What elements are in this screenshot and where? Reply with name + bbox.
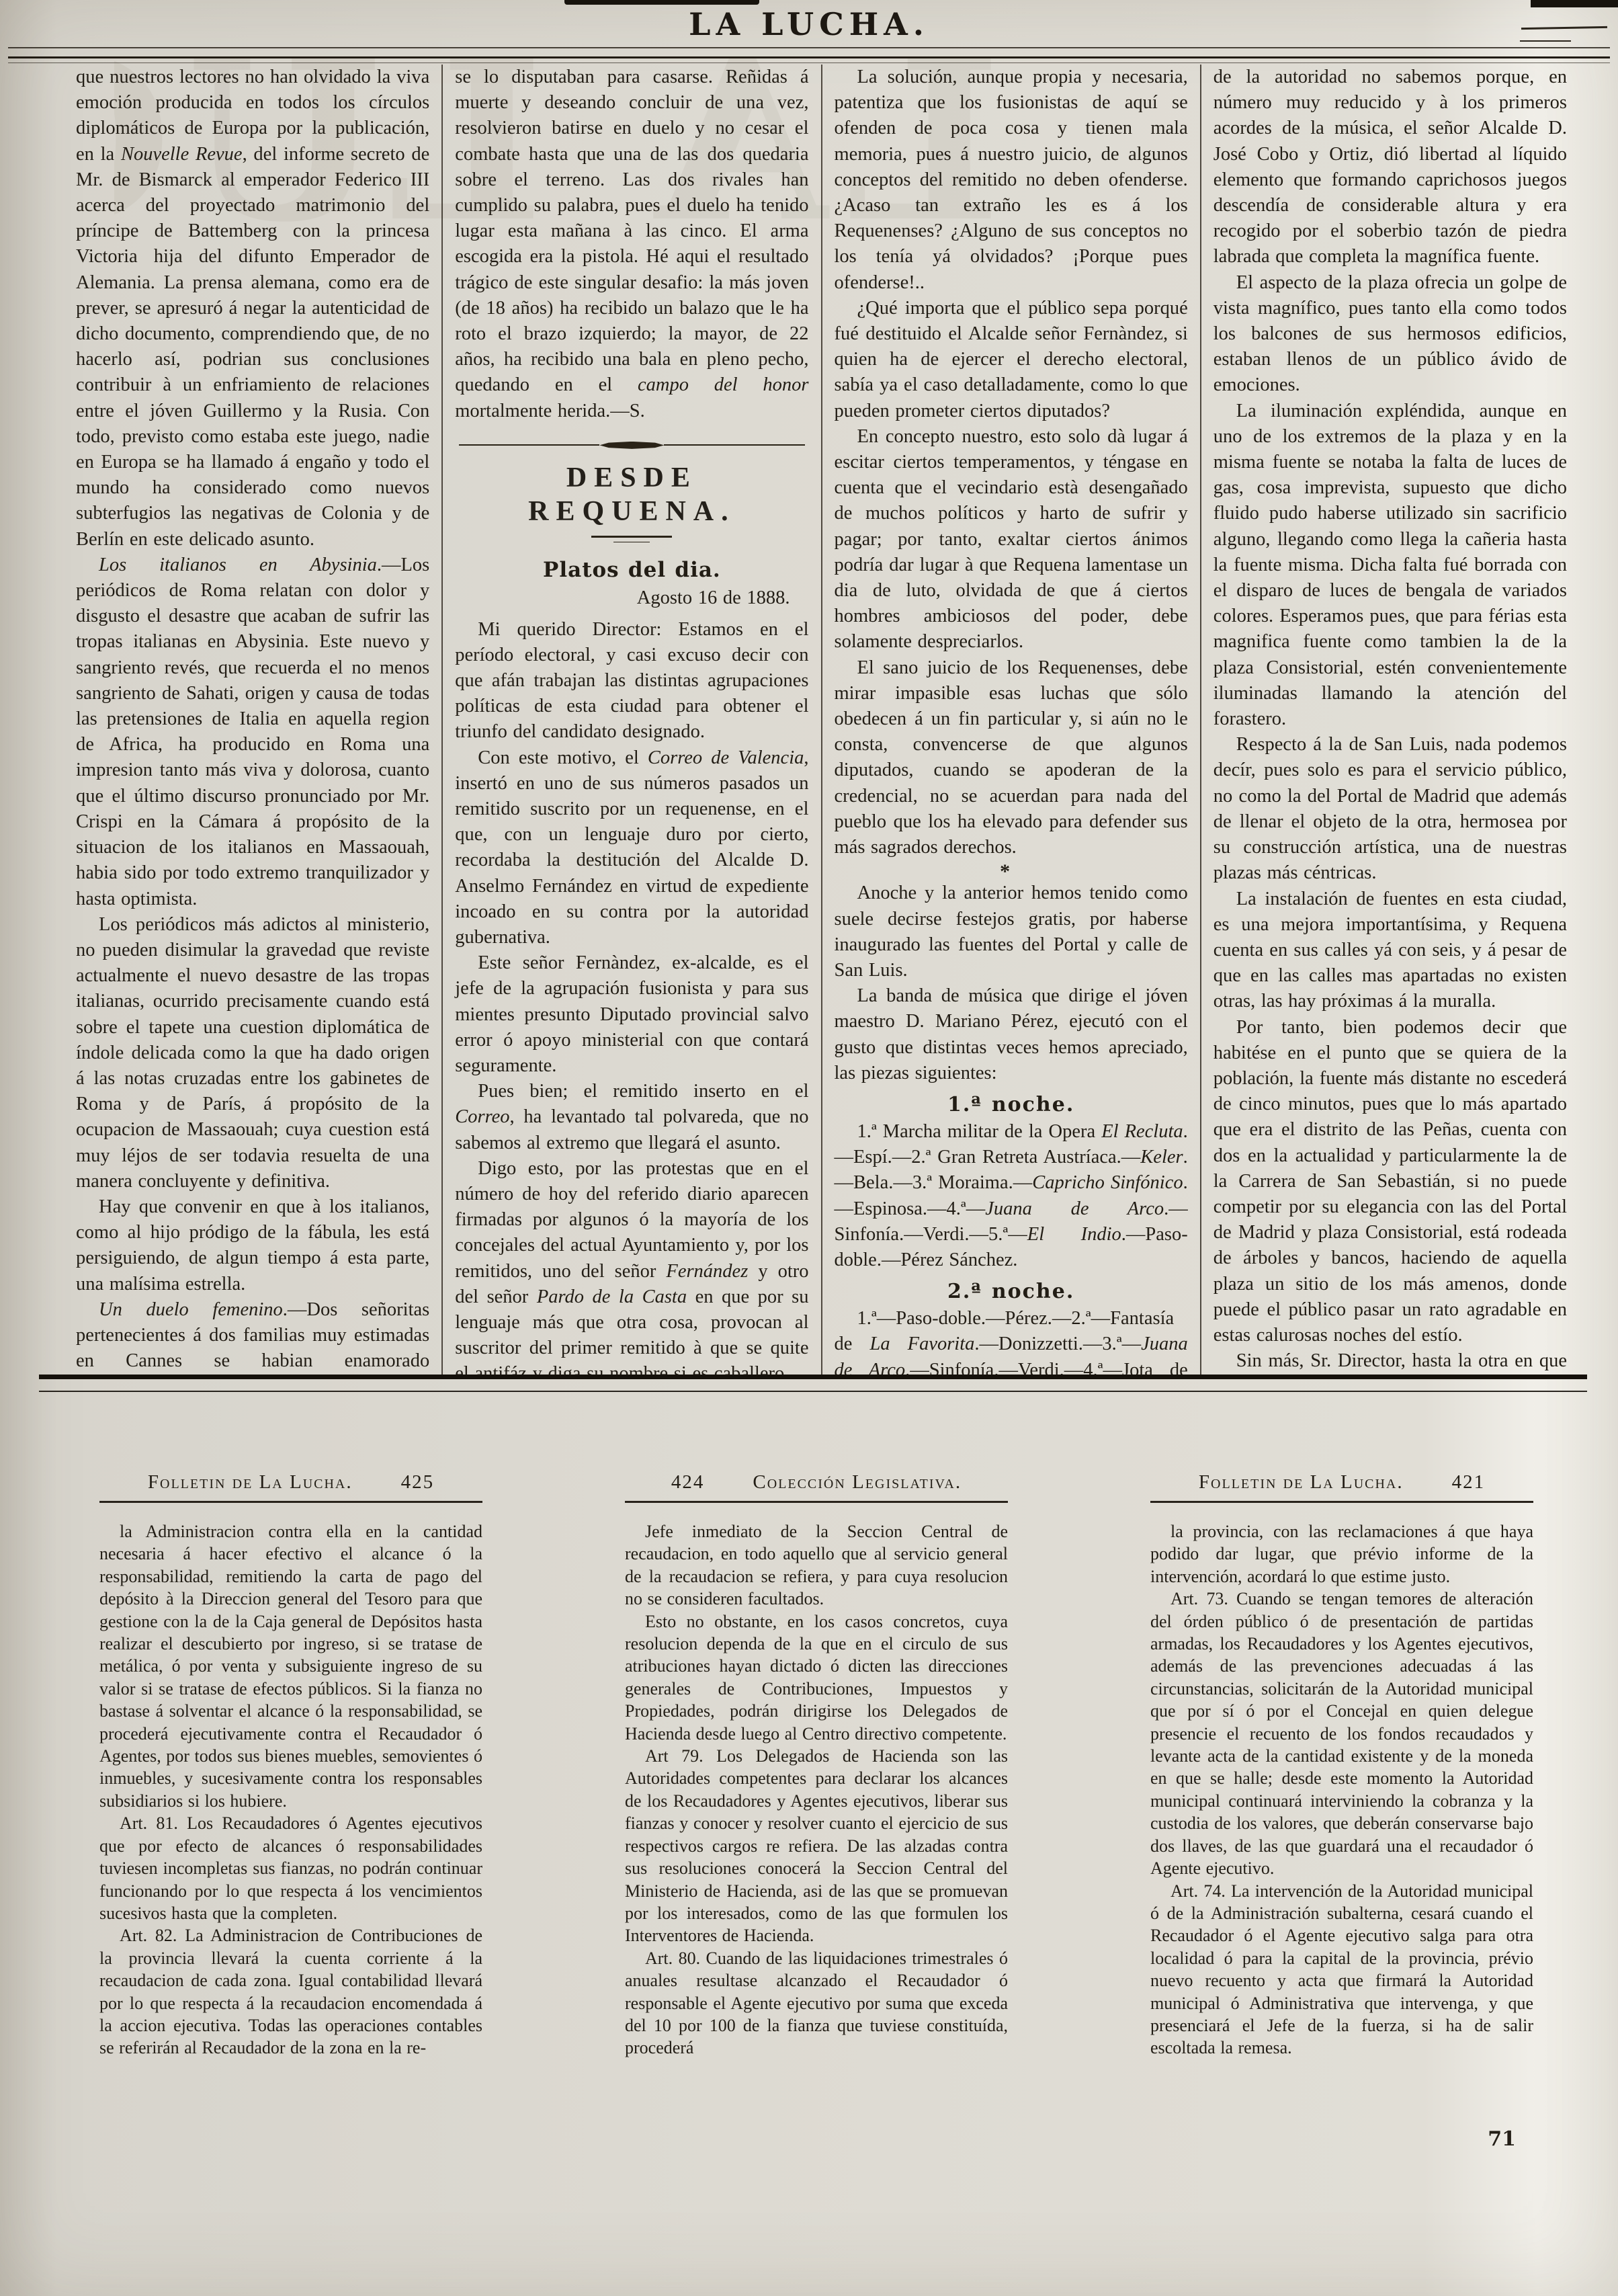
body-paragraph: Jefe inmediato de la Seccion Central de … [625, 1520, 1008, 1610]
body-paragraph: El aspecto de la plaza ofrecia un golpe … [1213, 270, 1567, 399]
body-paragraph: Por tanto, bien podemos decir que habité… [1213, 1015, 1567, 1349]
body-paragraph: La instalación de fuentes en esta ciudad… [1213, 887, 1567, 1015]
folletin-page-number: 421 [1452, 1469, 1486, 1495]
folletin-header: 424 Colección Legislativa. [625, 1469, 1008, 1503]
body-paragraph: Art. 81. Los Recaudadores ó Agentes ejec… [99, 1812, 482, 1924]
body-paragraph: Art. 80. Cuando de las liquidaciones tri… [625, 1947, 1008, 2059]
program-list-night1: 1.ª Marcha militar de la Opera El Reclut… [835, 1119, 1188, 1273]
folletin-column-center: 424 Colección Legislativa. Jefe inmediat… [625, 1469, 1008, 2059]
masthead-rule [8, 56, 1610, 58]
folletin-section: Folletin de La Lucha. 425 la Administrac… [99, 1469, 1533, 2059]
body-paragraph: La banda de música que dirige el jóven m… [835, 983, 1188, 1086]
folletin-header: Folletin de La Lucha. 425 [99, 1469, 482, 1503]
article-headline: DESDE REQUENA. [455, 461, 808, 529]
body-paragraph: Este señor Fernàndez, ex-alcalde, es el … [455, 950, 808, 1079]
top-column-3: La solución, aunque propia y necesaria, … [821, 65, 1200, 1375]
body-paragraph: Anoche y la anterior hemos tenido como s… [835, 880, 1188, 983]
top-column-2: se lo disputaban para casarse. Reñidas á… [441, 65, 820, 1375]
dinkus-rule [591, 536, 672, 542]
body-paragraph: la Administracion contra ella en la cant… [99, 1520, 482, 1812]
body-paragraph: Art. 82. La Administracion de Contribuci… [99, 1924, 482, 2059]
body-paragraph: Art. 74. La intervención de la Autoridad… [1150, 1880, 1533, 2059]
program-heading-night1: 1.ª noche. [835, 1092, 1188, 1118]
body-paragraph: Un duelo femenino.—Dos señoritas pertene… [76, 1297, 429, 1375]
top-section: que nuestros lectores no han olvidado la… [64, 65, 1579, 1375]
body-paragraph: Hay que convenir en que à los italianos,… [76, 1194, 429, 1297]
body-paragraph: En concepto nuestro, esto solo dà lugar … [835, 424, 1188, 655]
body-paragraph: Los italianos en Abysinia.—Los periódico… [76, 552, 429, 912]
folletin-title: Folletin de La Lucha. [148, 1469, 353, 1495]
body-paragraph: La solución, aunque propia y necesaria, … [835, 65, 1188, 296]
body-paragraph: La iluminación expléndida, aunque en uno… [1213, 399, 1567, 733]
article-dateline: Agosto 16 de 1888. [455, 585, 808, 611]
folletin-header: Folletin de La Lucha. 421 [1150, 1469, 1533, 1503]
folletin-page-number: 425 [401, 1469, 435, 1495]
scan-edge-artifact [564, 0, 759, 5]
body-paragraph: Los periódicos más adictos al ministerio… [76, 912, 429, 1194]
top-column-4: de la autoridad no sabemos porque, en nú… [1200, 65, 1579, 1375]
masthead-rule [8, 63, 1610, 63]
body-paragraph: la provincia, con las reclamaciones á qu… [1150, 1520, 1533, 1588]
body-paragraph: El sano juicio de los Requenenses, debe … [835, 655, 1188, 861]
body-paragraph: Art. 73. Cuando se tengan temores de alt… [1150, 1588, 1533, 1879]
folletin-title: Colección Legislativa. [753, 1469, 962, 1495]
diamond-ornament [599, 442, 664, 449]
masthead-rule [8, 47, 1610, 48]
top-column-1: que nuestros lectores no han olvidado la… [64, 65, 441, 1375]
page-number: 71 [1488, 2129, 1516, 2149]
body-paragraph: Art 79. Los Delegados de Hacienda son la… [625, 1745, 1008, 1947]
ornamental-rule [459, 442, 804, 449]
folletin-title: Folletin de La Lucha. [1199, 1469, 1404, 1495]
body-paragraph: Con este motivo, el Correo de Valencia, … [455, 745, 808, 951]
article-subtitle: Platos del dia. [455, 557, 808, 583]
body-paragraph: se lo disputaban para casarse. Reñidas á… [455, 65, 808, 424]
body-paragraph: Digo esto, por las protestas que en el n… [455, 1156, 808, 1375]
section-divider [39, 1375, 1587, 1392]
folletin-column-left: Folletin de La Lucha. 425 la Administrac… [99, 1469, 482, 2059]
body-paragraph: Mi querido Director: Estamos en el perío… [455, 617, 808, 745]
asterism-separator: * [835, 864, 1188, 879]
body-paragraph: de la autoridad no sabemos porque, en nú… [1213, 65, 1567, 270]
body-paragraph: que nuestros lectores no han olvidado la… [76, 65, 429, 552]
body-paragraph: ¿Qué importa que el público sepa porqué … [835, 296, 1188, 424]
body-paragraph: Esto no obstante, en los casos concretos… [625, 1610, 1008, 1745]
folletin-column-right: Folletin de La Lucha. 421 la provincia, … [1150, 1469, 1533, 2059]
program-heading-night2: 2.ª noche. [835, 1278, 1188, 1305]
body-paragraph: Sin más, Sr. Director, hasta la otra en … [1213, 1348, 1567, 1375]
folletin-page-number: 424 [671, 1469, 705, 1495]
body-paragraph: Pues bien; el remitido inserto en el Cor… [455, 1079, 808, 1156]
newspaper-page-scan: LA LUCHA. LA LUCHA. que nuestros lectore… [0, 0, 1618, 2296]
masthead-title: LA LUCHA. [0, 5, 1618, 43]
body-paragraph: Respecto á la de San Luis, nada podemos … [1213, 732, 1567, 886]
program-list-night2: 1.ª—Paso-doble.—Pérez.—2.ª—Fantasía de L… [835, 1306, 1188, 1375]
